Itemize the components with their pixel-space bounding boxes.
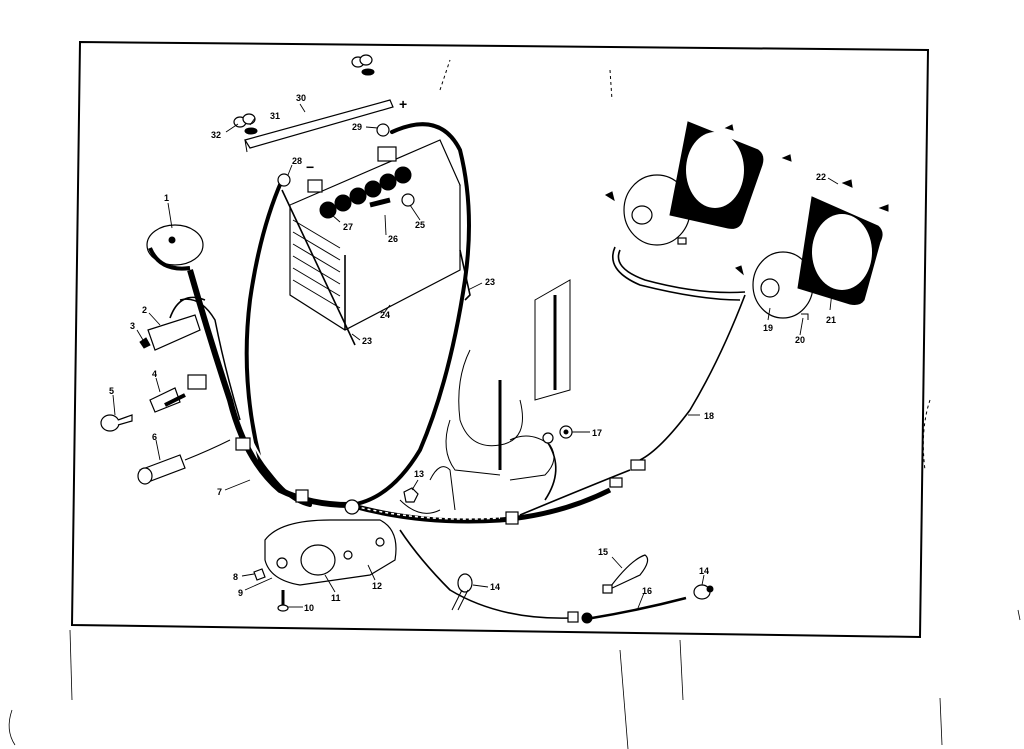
cable-12 [400, 530, 578, 622]
callout-26: 26 [388, 234, 398, 244]
wing-nut-top [352, 55, 374, 75]
callout-31: 31 [270, 111, 280, 121]
callout-5: 5 [109, 386, 114, 396]
parts-diagram: + − 1 [0, 0, 1024, 749]
callout-28: 28 [292, 156, 302, 166]
bezel-left [670, 122, 763, 228]
callout-8: 8 [233, 572, 238, 582]
callout-25: 25 [415, 220, 425, 230]
callout-9: 9 [238, 588, 243, 598]
callout-32: 32 [211, 130, 221, 140]
callout-20: 20 [795, 335, 805, 345]
bezel-right [798, 197, 882, 305]
callout-30: 30 [296, 93, 306, 103]
bolt-10 [278, 590, 288, 611]
negative-sign: − [306, 159, 314, 175]
callout-12: 12 [372, 581, 382, 591]
callout-18: 18 [704, 411, 714, 421]
callout-29: 29 [352, 122, 362, 132]
connector-15 [603, 555, 648, 593]
light-switch [138, 440, 230, 484]
callout-27: 27 [343, 222, 353, 232]
callout-16: 16 [642, 586, 652, 596]
callout-11: 11 [331, 593, 341, 603]
callout-13: 13 [414, 469, 424, 479]
bulb-socket-right [694, 585, 713, 599]
callout-14a: 14 [490, 582, 500, 592]
callout-22: 22 [816, 172, 826, 182]
callout-19: 19 [763, 323, 773, 333]
callout-24: 24 [380, 310, 390, 320]
callout-14b: 14 [699, 566, 709, 576]
nut-13 [404, 488, 418, 502]
callout-17: 17 [592, 428, 602, 438]
key [101, 415, 132, 431]
callout-10: 10 [304, 603, 314, 613]
tail-light-wire [582, 598, 686, 623]
ignition-switch [150, 375, 206, 412]
callout-4: 4 [152, 369, 157, 379]
positive-sign: + [399, 96, 407, 112]
nut-17 [543, 426, 572, 500]
battery [290, 140, 460, 330]
callout-21: 21 [826, 315, 836, 325]
callout-1: 1 [164, 193, 169, 203]
gauge [147, 225, 203, 269]
callout-23a: 23 [485, 277, 495, 287]
solenoid [265, 520, 396, 585]
callout-6: 6 [152, 432, 157, 442]
hold-down-bar [245, 100, 393, 152]
callout-15: 15 [598, 547, 608, 557]
callout-3: 3 [130, 321, 135, 331]
callout-7: 7 [217, 487, 222, 497]
callout-23b: 23 [362, 336, 372, 346]
nut-8 [254, 569, 265, 580]
callout-2: 2 [142, 305, 147, 315]
switch-bracket [140, 297, 205, 350]
